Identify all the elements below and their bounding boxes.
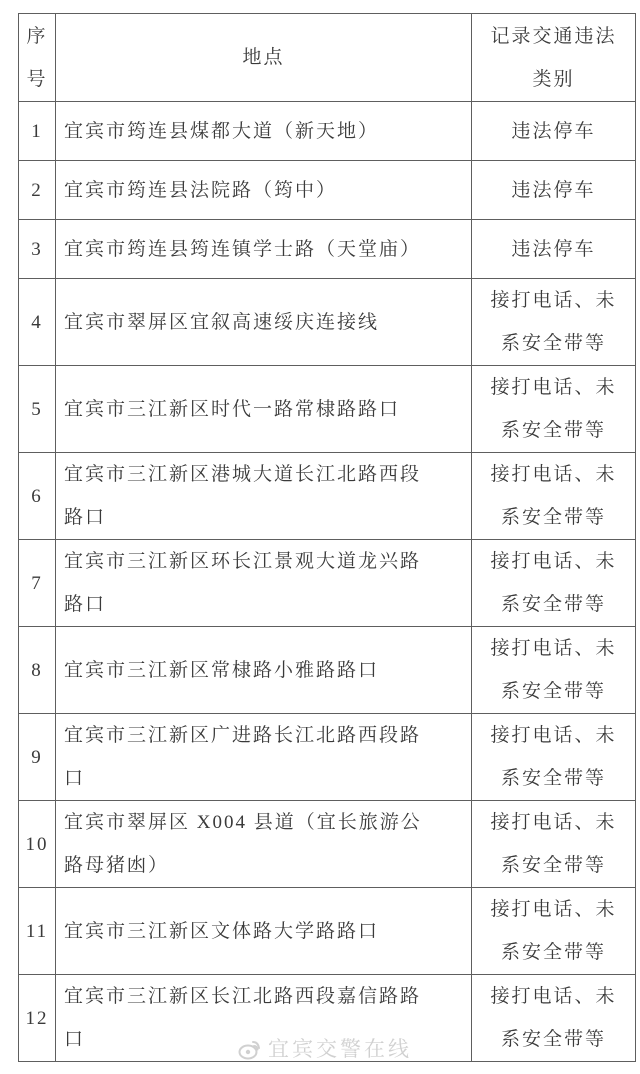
- row-location: 宜宾市翠屏区宜叙高速绥庆连接线: [56, 279, 472, 366]
- header-location: 地点: [56, 14, 472, 102]
- row-number: 9: [19, 714, 56, 801]
- row-violation: 接打电话、未系安全带等: [472, 366, 636, 453]
- table-row: 4 宜宾市翠屏区宜叙高速绥庆连接线 接打电话、未系安全带等: [19, 279, 636, 366]
- row-number: 2: [19, 161, 56, 220]
- row-violation: 违法停车: [472, 161, 636, 220]
- header-violation-type: 记录交通违法类别: [472, 14, 636, 102]
- row-location: 宜宾市筠连县法院路（筠中）: [56, 161, 472, 220]
- row-violation: 接打电话、未系安全带等: [472, 627, 636, 714]
- row-location: 宜宾市三江新区环长江景观大道龙兴路路口: [56, 540, 472, 627]
- table-row: 8 宜宾市三江新区常棣路小雅路路口 接打电话、未系安全带等: [19, 627, 636, 714]
- row-location: 宜宾市三江新区文体路大学路路口: [56, 888, 472, 975]
- row-location: 宜宾市筠连县煤都大道（新天地）: [56, 102, 472, 161]
- row-number: 10: [19, 801, 56, 888]
- row-location: 宜宾市筠连县筠连镇学士路（天堂庙）: [56, 220, 472, 279]
- violation-locations-table: 序号 地点 记录交通违法类别 1 宜宾市筠连县煤都大道（新天地） 违法停车 2 …: [18, 13, 636, 1062]
- row-number: 7: [19, 540, 56, 627]
- table-row: 9 宜宾市三江新区广进路长江北路西段路口 接打电话、未系安全带等: [19, 714, 636, 801]
- row-number: 4: [19, 279, 56, 366]
- table-row: 7 宜宾市三江新区环长江景观大道龙兴路路口 接打电话、未系安全带等: [19, 540, 636, 627]
- row-location: 宜宾市三江新区长江北路西段嘉信路路口: [56, 975, 472, 1062]
- row-violation: 接打电话、未系安全带等: [472, 540, 636, 627]
- row-violation: 违法停车: [472, 102, 636, 161]
- row-location: 宜宾市三江新区时代一路常棣路路口: [56, 366, 472, 453]
- table-row: 12 宜宾市三江新区长江北路西段嘉信路路口 接打电话、未系安全带等: [19, 975, 636, 1062]
- table-row: 5 宜宾市三江新区时代一路常棣路路口 接打电话、未系安全带等: [19, 366, 636, 453]
- row-violation: 接打电话、未系安全带等: [472, 801, 636, 888]
- header-serial-number: 序号: [19, 14, 56, 102]
- table-row: 10 宜宾市翠屏区 X004 县道（宜长旅游公路母猪凼） 接打电话、未系安全带等: [19, 801, 636, 888]
- row-violation: 接打电话、未系安全带等: [472, 714, 636, 801]
- table-row: 3 宜宾市筠连县筠连镇学士路（天堂庙） 违法停车: [19, 220, 636, 279]
- row-location: 宜宾市三江新区常棣路小雅路路口: [56, 627, 472, 714]
- row-violation: 接打电话、未系安全带等: [472, 975, 636, 1062]
- row-number: 1: [19, 102, 56, 161]
- table-row: 2 宜宾市筠连县法院路（筠中） 违法停车: [19, 161, 636, 220]
- table-row: 1 宜宾市筠连县煤都大道（新天地） 违法停车: [19, 102, 636, 161]
- row-location: 宜宾市三江新区广进路长江北路西段路口: [56, 714, 472, 801]
- table-row: 11 宜宾市三江新区文体路大学路路口 接打电话、未系安全带等: [19, 888, 636, 975]
- row-violation: 接打电话、未系安全带等: [472, 453, 636, 540]
- row-number: 12: [19, 975, 56, 1062]
- row-violation: 违法停车: [472, 220, 636, 279]
- row-number: 11: [19, 888, 56, 975]
- row-number: 5: [19, 366, 56, 453]
- table-row: 6 宜宾市三江新区港城大道长江北路西段路口 接打电话、未系安全带等: [19, 453, 636, 540]
- row-violation: 接打电话、未系安全带等: [472, 888, 636, 975]
- table-header-row: 序号 地点 记录交通违法类别: [19, 14, 636, 102]
- row-location: 宜宾市翠屏区 X004 县道（宜长旅游公路母猪凼）: [56, 801, 472, 888]
- row-number: 6: [19, 453, 56, 540]
- row-number: 8: [19, 627, 56, 714]
- row-number: 3: [19, 220, 56, 279]
- row-location: 宜宾市三江新区港城大道长江北路西段路口: [56, 453, 472, 540]
- row-violation: 接打电话、未系安全带等: [472, 279, 636, 366]
